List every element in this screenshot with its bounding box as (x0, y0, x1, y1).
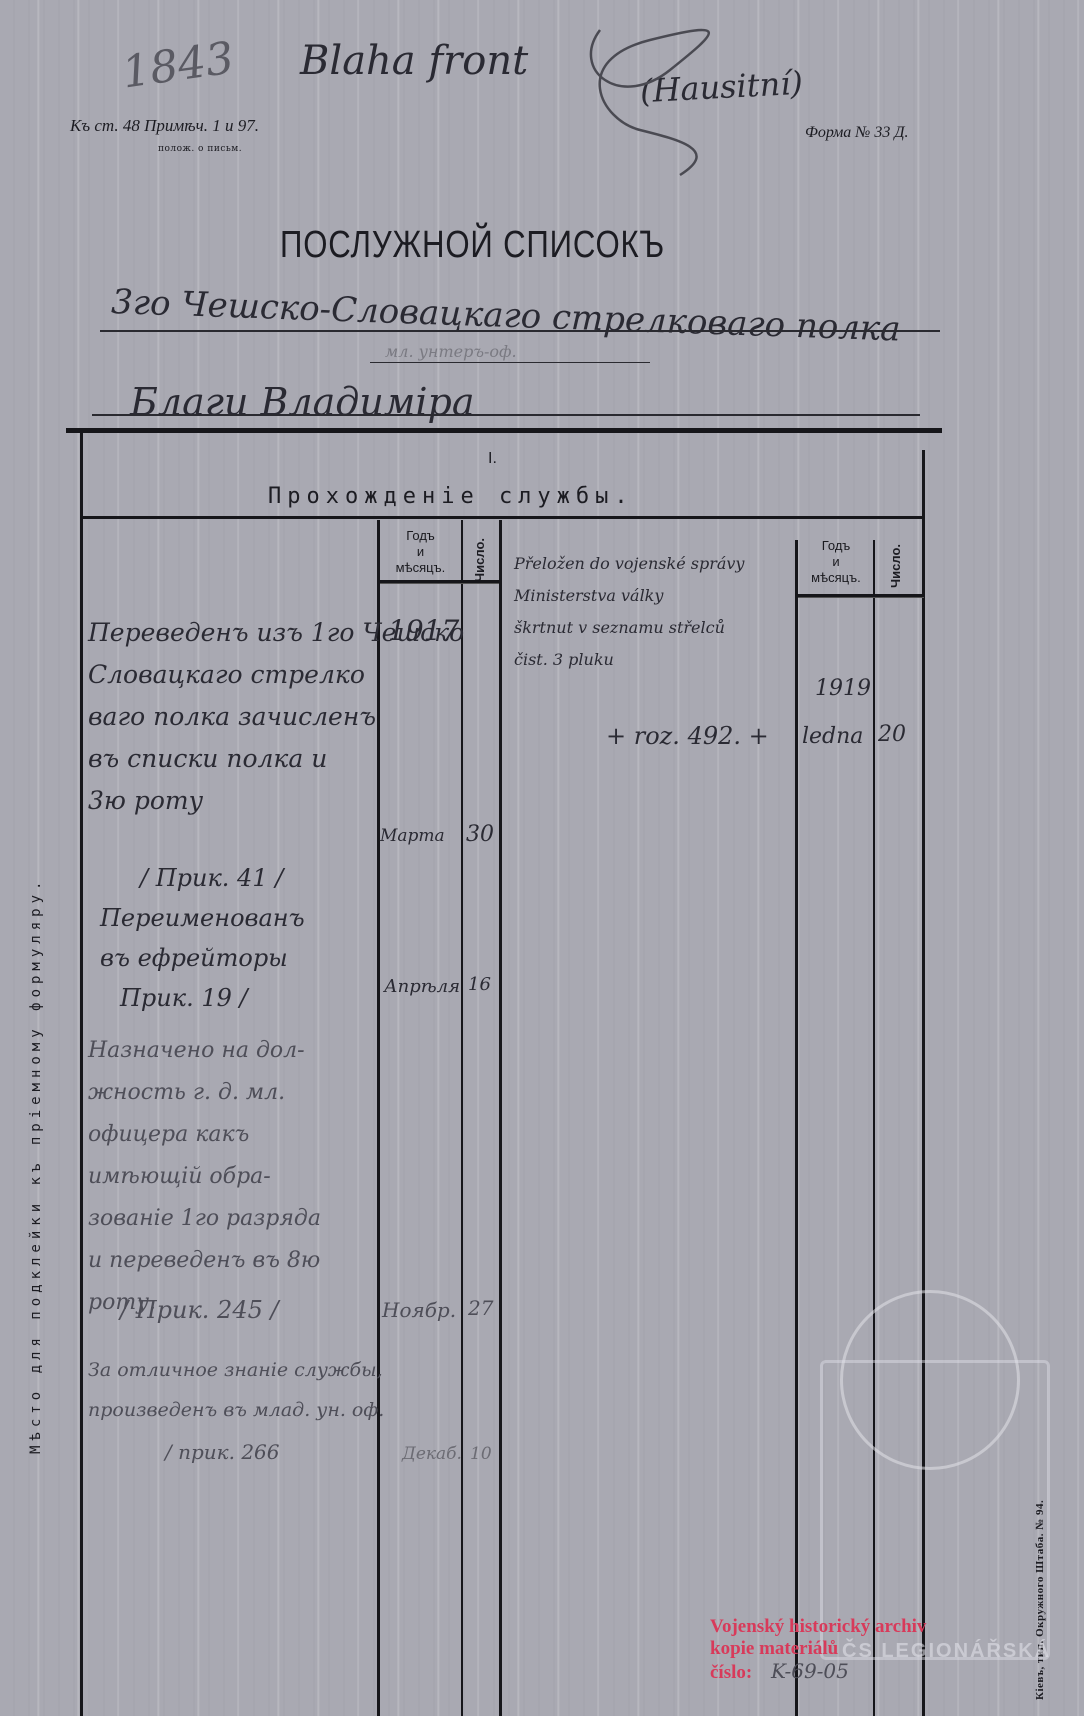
legal-reference: Къ ст. 48 Примѣч. 1 и 97. (70, 116, 259, 136)
entry-line: и переведенъ въ 8ю (88, 1240, 321, 1282)
pencil-archive-number: 1843 (119, 32, 237, 98)
entry-line: жность г. д. мл. (88, 1072, 321, 1114)
month-label: мѣсяцъ. (380, 560, 461, 576)
table-left-border (80, 430, 83, 1716)
stamp-number-value: K-69-05 (771, 1659, 849, 1683)
entry-3-month: Ноябр. (382, 1298, 456, 1322)
entry-line: Переименованъ (100, 898, 305, 938)
entry-line: Словацкаго стрелко (88, 654, 464, 696)
entry-line: ваго полка зачисленъ (88, 696, 464, 738)
right-entry-1-month: ledna (802, 724, 863, 749)
entry-line: Назначено на дол- (88, 1030, 321, 1072)
left-colheader-underline (380, 580, 499, 584)
rank-line: мл. унтеръ-оф. (385, 342, 517, 361)
signature-flourish (560, 0, 780, 190)
right-entry-1-order: + roz. 492. + (606, 722, 769, 750)
entry-4-month: Декаб. (402, 1444, 462, 1464)
stamp-line-3: číslo: K-69-05 (710, 1660, 926, 1684)
entry-2-day: 16 (468, 974, 491, 995)
order-ref: Прик. 19 / (100, 978, 305, 1018)
month-label: мѣсяцъ. (798, 570, 874, 586)
right-yearmonth-header: Годъ и мѣсяцъ. (798, 538, 874, 586)
entry-line: въ списки полка и (88, 738, 464, 780)
entry-line: офицера какъ (88, 1114, 321, 1156)
entry-3-order: / Прик. 245 / (120, 1296, 279, 1324)
and-label: и (798, 554, 874, 570)
entry-4-order: / прик. 266 (165, 1440, 280, 1464)
legal-reference-sub: полож. о письм. (158, 144, 242, 154)
entry-line: Přeložen do vojenské správy (514, 548, 744, 580)
entry-line: Ministerstva války (514, 580, 744, 612)
regiment-underline (100, 330, 940, 332)
rank-underline (370, 362, 650, 363)
entry-line: зованіе 1го разряда (88, 1198, 321, 1240)
entry-2-month: Апрѣля (384, 976, 460, 997)
left-entry-3: Назначено на дол- жность г. д. мл. офице… (88, 1030, 321, 1324)
stamp-line-1: Vojenský historický archiv (710, 1616, 926, 1638)
document-title: ПОСЛУЖНОЙ СПИСОКЪ (280, 224, 665, 267)
entry-line: За отличное знаніе службы, (88, 1350, 384, 1390)
entry-line: škrtnut v seznamu střelců (514, 612, 744, 644)
middle-divider-line (499, 520, 502, 1716)
signature-note: Blaha front (300, 38, 528, 84)
stamp-number-label: číslo: (710, 1662, 752, 1683)
entry-1-day: 30 (466, 822, 494, 847)
entry-line: čist. 3 pluku (514, 644, 744, 676)
right-yearmonth-col-line (795, 540, 798, 1716)
archive-stamp: Vojenský historický archiv kopie materiá… (710, 1616, 926, 1684)
year-label: Годъ (380, 528, 461, 544)
left-entry-4: За отличное знаніе службы, произведенъ в… (88, 1350, 384, 1430)
left-entry-2: / Прик. 41 / Переименованъ въ ефрейторы … (100, 858, 305, 1018)
entry-4-day: 10 (470, 1444, 492, 1464)
section-number: I. (488, 450, 497, 468)
entry-line: имѣющій обра- (88, 1156, 321, 1198)
name-underline (92, 414, 920, 416)
left-day-header: Число. (472, 538, 487, 582)
section-title: Прохожденіе службы. (268, 484, 634, 509)
table-top-border (66, 428, 942, 433)
left-yearmonth-header: Годъ и мѣсяцъ. (380, 528, 461, 576)
entry-1-year: 1917 (388, 614, 459, 647)
left-margin-note: Мѣсто для подклейки къ пріемному формуля… (28, 524, 44, 1454)
entry-line: 3ю роту (88, 780, 464, 822)
order-ref: / Прик. 41 / (100, 858, 305, 898)
year-label: Годъ (798, 538, 874, 554)
right-entry-1-day: 20 (878, 722, 906, 747)
form-number: Форма № 33 Д. (805, 124, 909, 142)
right-entry-1: Přeložen do vojenské správy Ministerstva… (514, 548, 744, 676)
name-line: Благи Владиміра (130, 380, 475, 424)
embossed-seal-frame (820, 1360, 1050, 1660)
right-colheader-underline (798, 594, 924, 598)
stamp-line-2: kopie materiálů (710, 1638, 926, 1660)
entry-line: произведенъ въ млад. ун. оф. (88, 1390, 384, 1430)
regiment-line: 3го Чешско-Словацкаго стрелковаго полка (111, 282, 902, 350)
section-header-divider (80, 516, 925, 519)
entry-line: въ ефрейторы (100, 938, 305, 978)
entry-3-day: 27 (468, 1296, 493, 1320)
right-entry-1-year: 1919 (815, 676, 871, 701)
entry-1-month: Марта (380, 826, 445, 846)
right-day-header: Число. (888, 544, 903, 588)
and-label: и (380, 544, 461, 560)
